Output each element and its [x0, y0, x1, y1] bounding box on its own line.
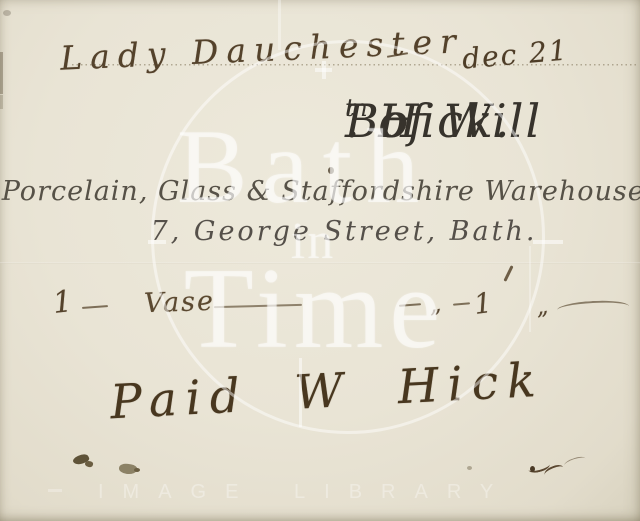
- billhead-address-line: 7, George Street, Bath.: [24, 216, 640, 247]
- date-handwriting: dec 21: [461, 33, 570, 75]
- ink-blot: [84, 460, 93, 468]
- watermark-footer-text: IMAGE LIBRARY: [98, 481, 512, 504]
- edge-mark: [0, 95, 3, 109]
- entry-pence-ditto: „: [534, 293, 549, 320]
- billhead-business-line: Porcelain, Glass & Staffordshire Warehou…: [0, 176, 640, 207]
- ink-dash: [214, 304, 302, 308]
- billhead-title-part3: . Hick.: [345, 94, 511, 148]
- paper-crease-vertical: [529, 246, 531, 332]
- customer-name-handwriting: Lady Dauchester: [59, 21, 464, 78]
- watermark-footer-dash: [48, 489, 62, 492]
- entry-pounds-ditto: „: [427, 291, 442, 318]
- ink-dash: [453, 302, 470, 305]
- entry-quantity: 1: [51, 284, 74, 321]
- ink-blot: [134, 468, 140, 472]
- billhead-document-photo: Lady Dauchester dec 21 Bot. of Willm. Hi…: [0, 0, 640, 521]
- ink-scribble: [528, 458, 590, 482]
- ink-scribble-stroke: [530, 466, 535, 472]
- entry-item: Vase: [143, 286, 215, 319]
- watermark-cross-icon: [315, 68, 332, 72]
- paper-crease-horizontal: [0, 262, 640, 264]
- ink-dash: [399, 303, 421, 307]
- ink-tick: [503, 265, 513, 282]
- ink-speck: [328, 167, 334, 174]
- ink-dash: [82, 305, 108, 309]
- ink-scribble-stroke: [563, 455, 586, 469]
- ink-speck: [467, 466, 472, 470]
- paid-signature: Paid W Hick: [109, 353, 546, 431]
- edge-mark: [0, 52, 3, 94]
- paper-speck: [3, 10, 11, 16]
- ink-flourish: [557, 299, 629, 311]
- entry-shillings: 1: [472, 286, 494, 321]
